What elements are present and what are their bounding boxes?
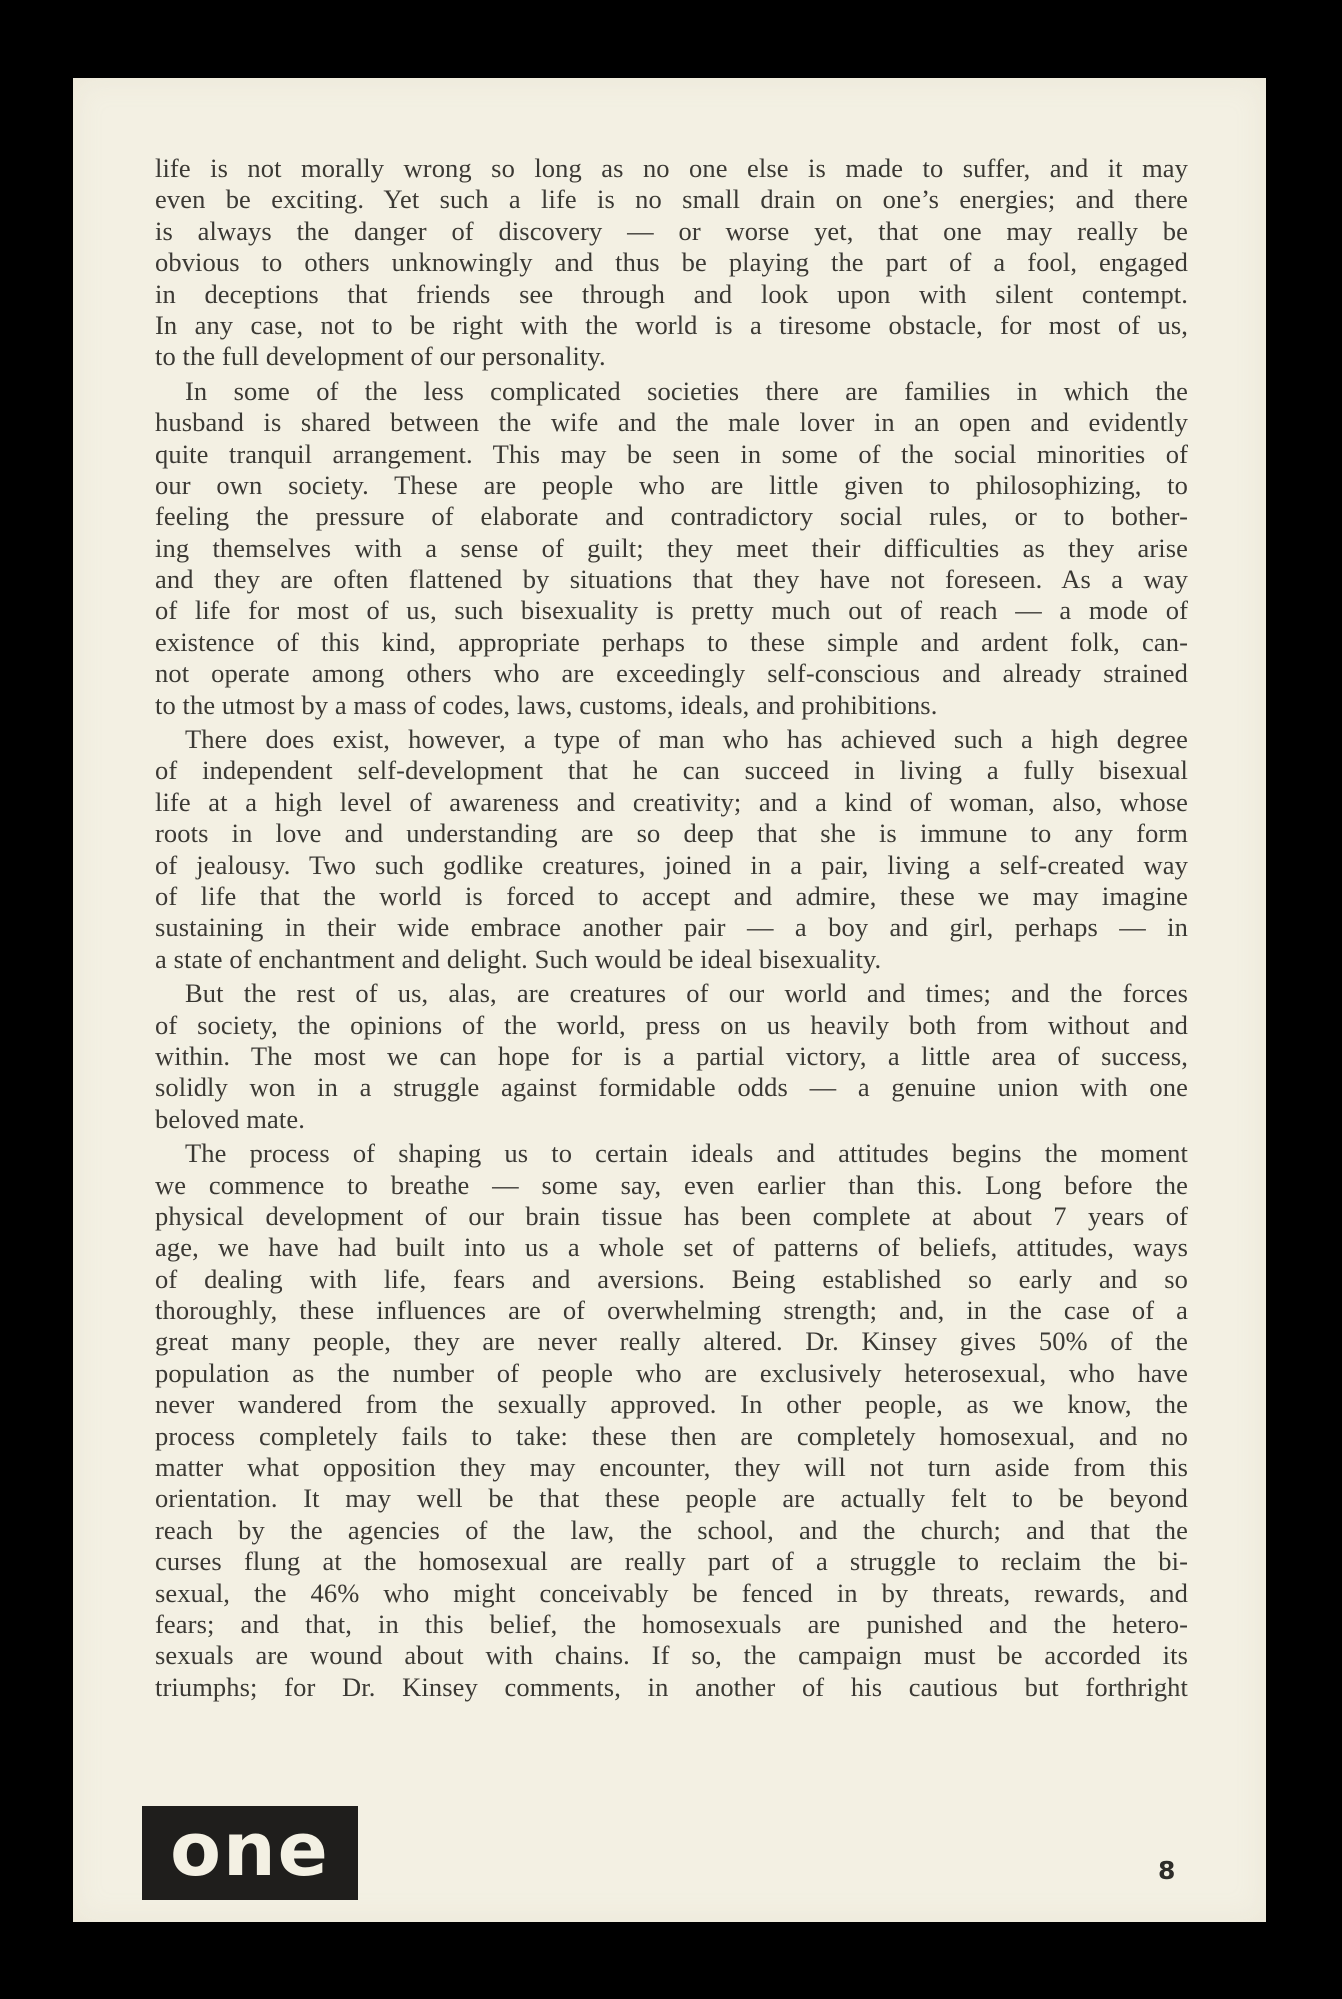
text-line: quite tranquil arrangement. This may be … xyxy=(155,439,1188,470)
text-line: obvious to others unknowingly and thus b… xyxy=(155,247,1188,278)
text-line: to the utmost by a mass of codes, laws, … xyxy=(155,690,1188,721)
text-line: curses flung at the homosexual are reall… xyxy=(155,1546,1188,1577)
text-line: existence of this kind, appropriate perh… xyxy=(155,627,1188,658)
page-number: 8 xyxy=(1158,1856,1175,1885)
text-line: of life that the world is forced to acce… xyxy=(155,881,1188,912)
text-line: sustaining in their wide embrace another… xyxy=(155,912,1188,943)
text-line: within. The most we can hope for is a pa… xyxy=(155,1041,1188,1072)
text-line: life is not morally wrong so long as no … xyxy=(155,153,1188,184)
text-line: even be exciting. Yet such a life is no … xyxy=(155,184,1188,215)
paragraph: But the rest of us, alas, are creatures … xyxy=(155,978,1188,1135)
text-line: we commence to breathe — some say, even … xyxy=(155,1170,1188,1201)
text-line: physical development of our brain tissue… xyxy=(155,1201,1188,1232)
magazine-logo: one xyxy=(142,1806,358,1900)
text-line: life at a high level of awareness and cr… xyxy=(155,787,1188,818)
text-line: There does exist, however, a type of man… xyxy=(155,724,1188,755)
text-line: In any case, not to be right with the wo… xyxy=(155,310,1188,341)
text-line: of dealing with life, fears and aversion… xyxy=(155,1264,1188,1295)
text-line: a state of enchantment and delight. Such… xyxy=(155,944,1188,975)
text-line: The process of shaping us to certain ide… xyxy=(155,1138,1188,1169)
text-line: In some of the less complicated societie… xyxy=(155,376,1188,407)
text-line: never wandered from the sexually approve… xyxy=(155,1389,1188,1420)
text-line: orientation. It may well be that these p… xyxy=(155,1483,1188,1514)
text-line: solidly won in a struggle against formid… xyxy=(155,1072,1188,1103)
text-line: population as the number of people who a… xyxy=(155,1358,1188,1389)
paragraph: There does exist, however, a type of man… xyxy=(155,724,1188,975)
text-line: age, we have had built into us a whole s… xyxy=(155,1232,1188,1263)
text-line: is always the danger of discovery — or w… xyxy=(155,216,1188,247)
text-line: of society, the opinions of the world, p… xyxy=(155,1010,1188,1041)
text-line: process completely fails to take: these … xyxy=(155,1421,1188,1452)
text-line: great many people, they are never really… xyxy=(155,1326,1188,1357)
logo-text: one xyxy=(170,1813,330,1887)
text-line: our own society. These are people who ar… xyxy=(155,470,1188,501)
text-line: not operate among others who are exceedi… xyxy=(155,658,1188,689)
text-line: fears; and that, in this belief, the hom… xyxy=(155,1609,1188,1640)
text-line: ing themselves with a sense of guilt; th… xyxy=(155,533,1188,564)
text-line: of life for most of us, such bisexuality… xyxy=(155,595,1188,626)
text-line: But the rest of us, alas, are creatures … xyxy=(155,978,1188,1009)
text-line: thoroughly, these influences are of over… xyxy=(155,1295,1188,1326)
text-line: in deceptions that friends see through a… xyxy=(155,279,1188,310)
text-line: reach by the agencies of the law, the sc… xyxy=(155,1515,1188,1546)
text-line: and they are often flattened by situatio… xyxy=(155,564,1188,595)
text-line: sexual, the 46% who might conceivably be… xyxy=(155,1578,1188,1609)
text-line: husband is shared between the wife and t… xyxy=(155,407,1188,438)
article-body: life is not morally wrong so long as no … xyxy=(155,153,1188,1703)
paragraph: In some of the less complicated societie… xyxy=(155,376,1188,721)
text-line: roots in love and understanding are so d… xyxy=(155,818,1188,849)
text-line: feeling the pressure of elaborate and co… xyxy=(155,501,1188,532)
text-line: to the full development of our personali… xyxy=(155,341,1188,372)
text-line: beloved mate. xyxy=(155,1104,1188,1135)
text-line: matter what opposition they may encounte… xyxy=(155,1452,1188,1483)
text-line: triumphs; for Dr. Kinsey comments, in an… xyxy=(155,1672,1188,1703)
paragraph: The process of shaping us to certain ide… xyxy=(155,1138,1188,1703)
magazine-page: life is not morally wrong so long as no … xyxy=(73,78,1266,1922)
text-line: sexuals are wound about with chains. If … xyxy=(155,1640,1188,1671)
paragraph: life is not morally wrong so long as no … xyxy=(155,153,1188,373)
text-line: of independent self-development that he … xyxy=(155,755,1188,786)
text-line: of jealousy. Two such godlike creatures,… xyxy=(155,850,1188,881)
